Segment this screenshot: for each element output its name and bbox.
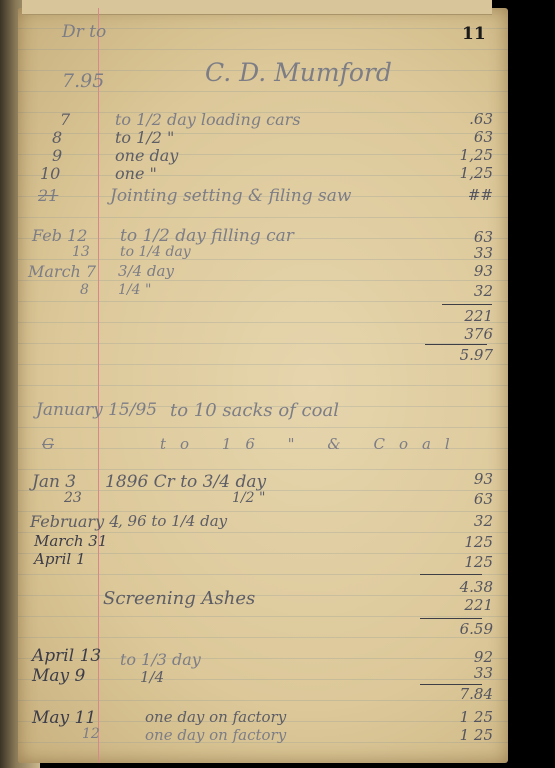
total: 6.59	[460, 620, 493, 638]
row-date: March 7	[28, 262, 96, 281]
row-description: 1/2 "	[232, 490, 265, 506]
sum-rule	[425, 344, 487, 345]
row-amount: 63	[474, 128, 493, 146]
row-date: 9	[52, 146, 62, 165]
row-date: Jan 3	[32, 472, 76, 492]
sum-rule	[420, 618, 482, 619]
row-date: January 15/95	[36, 400, 157, 420]
row-amount: 32	[474, 282, 493, 300]
row-date: April 13	[32, 646, 101, 666]
row-date: May 9	[32, 666, 85, 686]
row-description: one "	[115, 164, 157, 183]
subtotal: 221	[464, 307, 493, 325]
row-amount: 63	[474, 490, 493, 508]
corner-note: Dr to	[62, 22, 106, 42]
row-date: 13	[72, 244, 90, 260]
page-number: 11	[462, 24, 486, 44]
row-amount: 33	[474, 244, 493, 262]
carried-amount: 376	[464, 325, 493, 343]
row-date: April 1	[34, 550, 86, 568]
total: 5.97	[460, 346, 493, 364]
row-description: to 1/3 day	[120, 650, 201, 669]
row-amount: 93	[474, 262, 493, 280]
row-description: to 1/2 day filling car	[120, 226, 294, 246]
subtotal: 4.38	[460, 578, 493, 596]
row-date: March 31	[34, 532, 107, 550]
account-name: C. D. Mumford	[205, 58, 392, 87]
row-amount: 1,25	[460, 146, 493, 164]
row-date: May 11	[32, 708, 96, 728]
row-amount: 1 25	[460, 726, 493, 744]
page-top-strip	[22, 0, 492, 15]
row-description: 3/4 day	[118, 262, 174, 280]
row-date: 12	[82, 726, 100, 742]
row-date: 7	[60, 110, 70, 129]
row-description: 1/4 "	[118, 282, 151, 298]
row-date: 21	[38, 186, 58, 205]
row-amount: ##	[468, 186, 493, 204]
row-description: 1/4	[140, 668, 164, 686]
row-description: one day on factory	[145, 726, 286, 744]
row-date: Feb 12	[32, 226, 87, 245]
row-description: to 1/2 "	[115, 128, 174, 147]
sum-rule	[420, 574, 482, 575]
row-description: to 10 sacks of coal	[170, 400, 339, 421]
row-amount: 93	[474, 470, 493, 488]
row-amount: 125	[464, 553, 493, 571]
row-date: 8	[52, 128, 62, 147]
row-amount: 1,25	[460, 164, 493, 182]
row-date: G	[42, 435, 54, 453]
sum-rule	[442, 304, 492, 305]
row-description: 1896 Cr to 3/4 day	[105, 472, 266, 492]
row-date: 10	[40, 164, 60, 183]
row-amount: 125	[464, 533, 493, 551]
row-description: one day	[115, 146, 178, 165]
row-description: to 1/2 day loading cars	[115, 110, 301, 129]
row-date: 23	[64, 490, 82, 506]
total: 7.84	[460, 685, 493, 703]
row-amount: 32	[474, 512, 493, 530]
row-date: 8	[80, 282, 89, 298]
screening-ashes-note: Screening Ashes	[103, 588, 255, 609]
row-description: , 96 to 1/4 day	[118, 512, 227, 530]
row-amount: .63	[469, 110, 493, 128]
row-description: to 16 " & Coal	[160, 435, 464, 453]
row-description: one day on factory	[145, 708, 286, 726]
row-description: Jointing setting & filing saw	[110, 186, 351, 206]
row-description: to 1/4 day	[120, 244, 191, 260]
corner-amount: 7.95	[62, 70, 104, 92]
added-amount: 221	[464, 596, 493, 614]
row-date: February 4	[30, 512, 119, 531]
row-amount: 33	[474, 664, 493, 682]
row-amount: 1 25	[460, 708, 493, 726]
